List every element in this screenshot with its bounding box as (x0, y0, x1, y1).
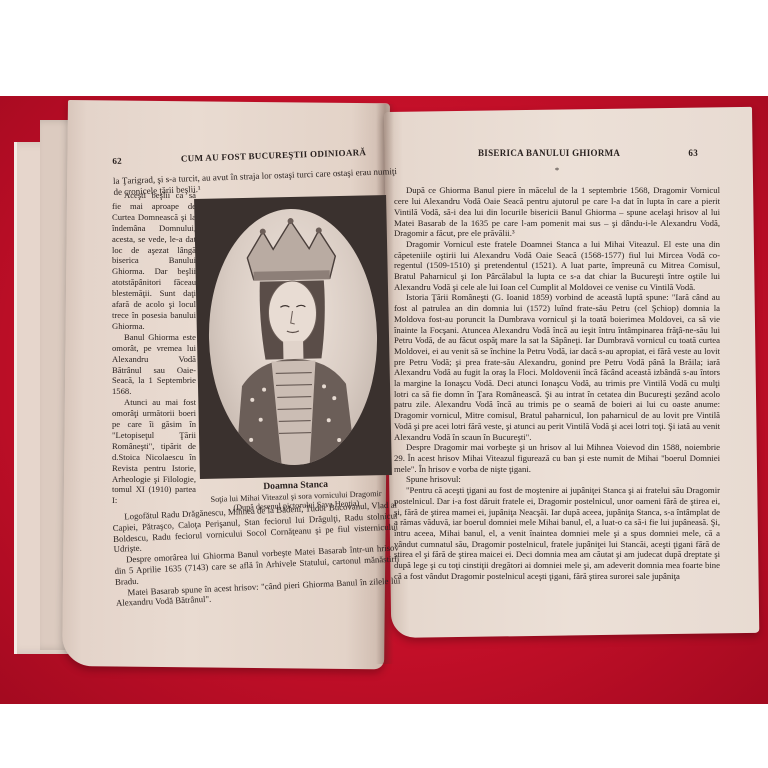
left-page-header: 62 CUM AU FOST BUCUREŞTII ODINIOARĂ la Ţ… (112, 140, 397, 197)
portrait-illustration (194, 195, 392, 479)
column-paragraph: Atunci au mai fost omorâţi următorii boe… (112, 397, 196, 506)
right-page-number: 63 (688, 148, 698, 159)
portrait-drawing-icon (206, 207, 379, 466)
right-paragraph: Spune hrisovul: (394, 474, 720, 485)
left-page-bottom-text: Logofătul Radu Drăgănescu, Mihnea de la … (112, 500, 401, 610)
right-page-text: BISERICA BANULUI GHIORMA 63 * După ce Gh… (394, 148, 720, 581)
right-paragraph: "Pentru că aceşti ţigani au fost de moşt… (394, 485, 720, 581)
left-page-number: 62 (112, 156, 122, 168)
right-paragraph: După ce Ghiorma Banul piere în măcelul d… (394, 185, 720, 239)
right-running-head: BISERICA BANULUI GHIORMA (478, 148, 620, 159)
right-paragraph: Istoria Ţării Româneşti (G. Ioanid 1859)… (394, 292, 720, 442)
left-running-head: CUM AU FOST BUCUREŞTII ODINIOARĂ (181, 147, 367, 165)
column-paragraph: Aceşti beşlii ca să fie mai aproape de C… (112, 190, 196, 332)
right-paragraph: Despre Dragomir mai vorbeşte şi un hriso… (394, 442, 720, 474)
left-narrow-column: Aceşti beşlii ca să fie mai aproape de C… (112, 190, 196, 506)
section-separator: * (394, 165, 720, 176)
right-paragraph: Dragomir Vornicul este fratele Doamnei S… (394, 239, 720, 293)
column-paragraph: Banul Ghiorma este omorât, pe vremea lui… (112, 332, 196, 397)
portrait-oval (206, 207, 379, 466)
